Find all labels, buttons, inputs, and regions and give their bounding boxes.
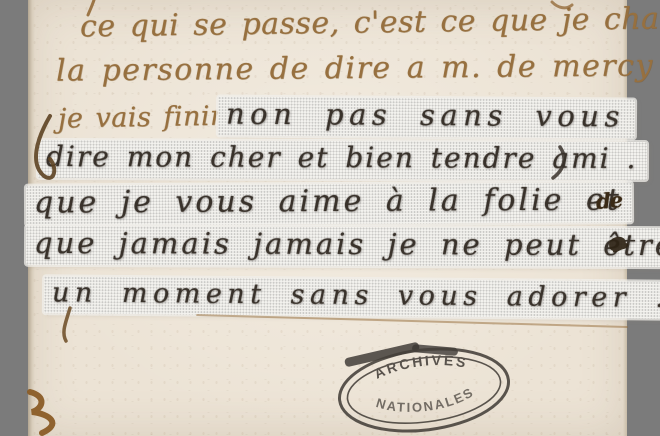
photo-frame: ce qui se passe, c'est ce que je charge … (0, 0, 660, 436)
manuscript-line-2: la personne de dire a m. de mercy (56, 51, 654, 86)
manuscript-line-7-revealed: un moment sans vous adorer . (44, 276, 660, 319)
manuscript-line-6-revealed: que jamais jamais je ne peut être (26, 226, 660, 267)
manuscript-line-1: ce qui se passe, c'est ce que je charge (80, 4, 660, 43)
manuscript-line-4-revealed: dire mon cher et bien tendre ami . (38, 140, 648, 180)
svg-text:ARCHIVES: ARCHIVES (371, 347, 472, 382)
revealed-text: dire mon cher et bien tendre ami . (46, 140, 638, 175)
marginal-ink-mark: de (595, 189, 622, 212)
highlight-band: dire mon cher et bien tendre ami . (38, 140, 648, 180)
highlight-band: que je vous aime à la folie et (26, 182, 632, 225)
highlight-band: un moment sans vous adorer . (44, 276, 660, 319)
revealed-text: que je vous aime à la folie et (34, 182, 622, 220)
stamp-text-archives: ARCHIVES (371, 347, 472, 382)
manuscript-line-5-revealed: que je vous aime à la folie et (26, 182, 632, 225)
revealed-text: non pas sans vous (226, 97, 625, 134)
revealed-text: un moment sans vous adorer . (52, 277, 660, 313)
manuscript-line-3-prefix: je vais finire (58, 102, 240, 132)
manuscript-line-3-revealed: non pas sans vous (218, 97, 635, 139)
revealed-text: que jamais jamais je ne peut être (34, 226, 660, 262)
highlight-band: que jamais jamais je ne peut être (26, 226, 660, 267)
highlight-band: non pas sans vous (218, 97, 635, 139)
